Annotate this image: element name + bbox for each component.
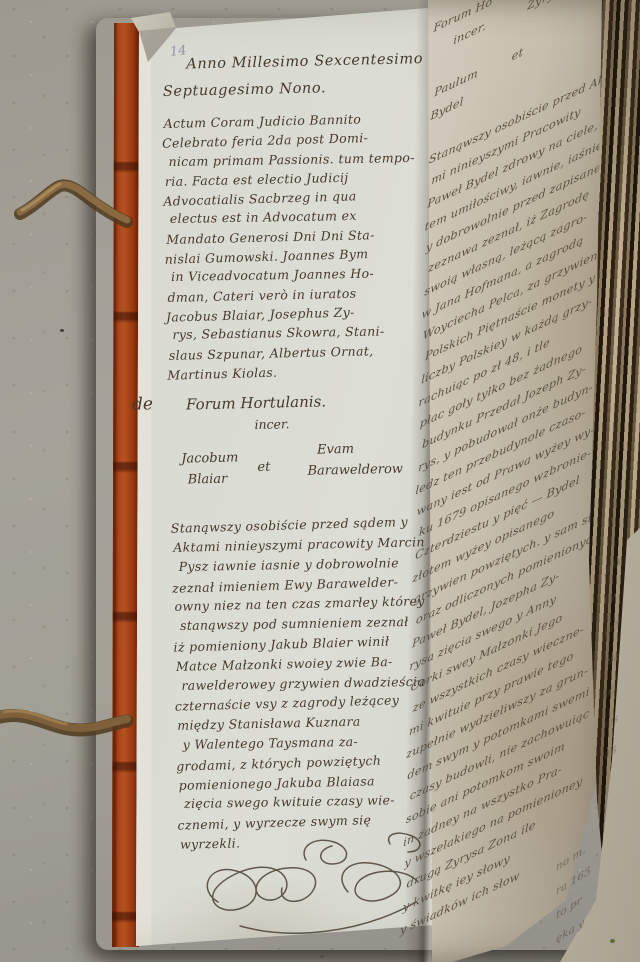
book-spine-red-leather bbox=[112, 23, 139, 947]
surface-speck bbox=[60, 329, 64, 332]
text-line: nicam primam Passionis. tum tempo- bbox=[168, 147, 440, 171]
surface-speck bbox=[320, 955, 324, 958]
text-line: Anno Millesimo Sexcentesimo bbox=[186, 46, 439, 79]
latin-heading: Anno Millesimo SexcentesimoSeptuagesimo … bbox=[162, 46, 439, 106]
text-line: Septuagesimo Nono. bbox=[163, 73, 440, 106]
manuscript-photo-scene: 14 Anno Millesimo SexcentesimoSeptuagesi… bbox=[0, 0, 640, 962]
case-heading-prefix: de bbox=[132, 394, 153, 414]
parties-block: Jacobum Blaiar et Evam Barawelderow bbox=[171, 442, 448, 510]
case-heading-title: Forum Hortulanis. bbox=[186, 393, 326, 414]
case-heading: de Forum Hortulanis. incer. bbox=[170, 390, 447, 448]
party-left-name: Jacobum bbox=[181, 451, 238, 467]
party-right-surname: Barawelderow bbox=[307, 462, 403, 479]
case-heading-subtitle: incer. bbox=[254, 416, 289, 432]
party-right-name: Evam bbox=[317, 442, 354, 458]
latin-paragraph: Actum Coram Judicio BannitoCelebrato fer… bbox=[163, 108, 445, 384]
party-left-surname: Blaiar bbox=[188, 472, 228, 488]
parties-connector: et bbox=[257, 460, 270, 475]
moss-speck bbox=[610, 939, 615, 943]
